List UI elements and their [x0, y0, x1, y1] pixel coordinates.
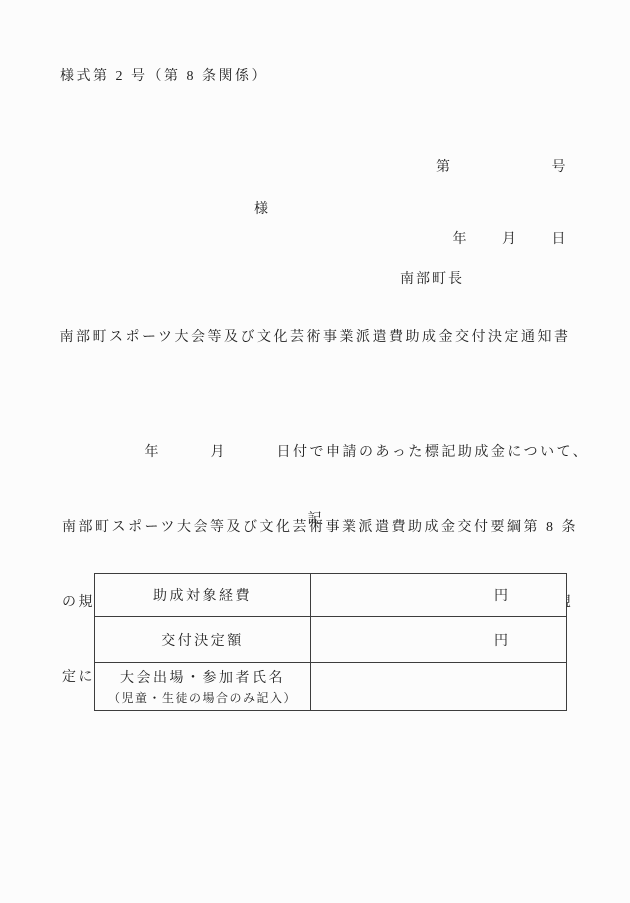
document-page: 様式第 2 号（第 8 条関係） 第 号 年 月 日 様 南部町長 南部町スポー… [0, 0, 630, 903]
sender-title: 南部町長 [400, 268, 464, 288]
cell-value-participant-name [311, 663, 567, 711]
participant-name-note: （児童・生徒の場合のみ記入） [95, 689, 310, 706]
table-row-subsidy-target-cost: 助成対象経費 円 [95, 574, 567, 617]
cost-table: 助成対象経費 円 交付決定額 円 大会出場・参加者氏名 （児童・生徒の場合のみ記… [94, 573, 567, 711]
body-line: 年 月 日付で申請のあった標記助成金について、 [62, 440, 582, 465]
table-row-grant-decision-amount: 交付決定額 円 [95, 617, 567, 663]
participant-name-label: 大会出場・参加者氏名 [95, 667, 310, 687]
doc-number-line: 第 号 [436, 156, 568, 180]
recipient-honorific: 様 [254, 198, 270, 218]
form-number-label: 様式第 2 号（第 8 条関係） [60, 65, 268, 85]
cell-label-grant-decision-amount: 交付決定額 [95, 617, 311, 663]
note-marker: 記 [0, 508, 630, 528]
cell-value-subsidy-target-cost: 円 [311, 574, 567, 617]
cell-value-grant-decision-amount: 円 [311, 617, 567, 663]
date-line: 年 月 日 [436, 228, 568, 252]
document-title: 南部町スポーツ大会等及び文化芸術事業派遣費助成金交付決定通知書 [0, 326, 630, 346]
cell-label-subsidy-target-cost: 助成対象経費 [95, 574, 311, 617]
table-row-participant-name: 大会出場・参加者氏名 （児童・生徒の場合のみ記入） [95, 663, 567, 711]
cell-label-participant-name: 大会出場・参加者氏名 （児童・生徒の場合のみ記入） [95, 663, 311, 711]
